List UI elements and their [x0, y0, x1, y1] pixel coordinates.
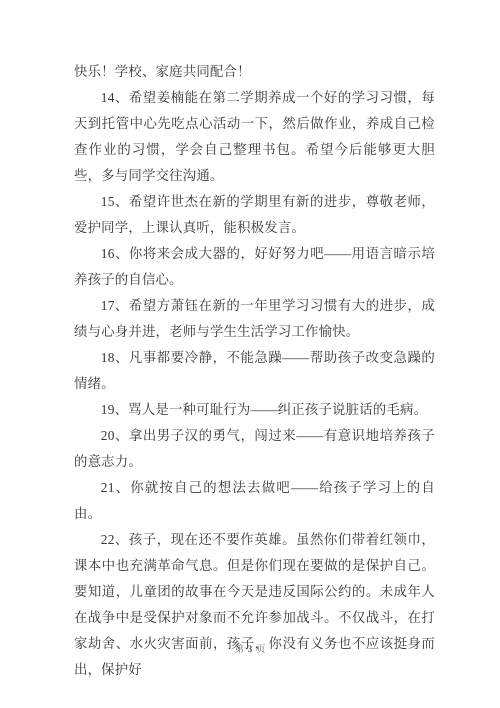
paragraph-item-22: 22、孩子，现在还不要作英雄。虽然你们带着红领巾，课本中也充满革命气息。但是你们…	[74, 527, 435, 683]
paragraph-item-21: 21、你就按自己的想法去做吧——给孩子学习上的自由。	[74, 475, 435, 527]
page-number: 3	[248, 644, 253, 654]
page-footer-prefix: 第	[235, 644, 244, 654]
page-footer: 第3页	[0, 643, 500, 655]
page-footer-suffix: 页	[256, 644, 265, 654]
paragraph-item-18: 18、凡事都要冷静，不能急躁——帮助孩子改变急躁的情绪。	[74, 345, 435, 397]
document-page: 快乐！学校、家庭共同配合！ 14、希望姜楠能在第二学期养成一个好的学习习惯，每天…	[0, 0, 500, 708]
paragraph-item-17: 17、希望方萧钰在新的一年里学习习惯有大的进步，成绩与心身并进，老师与学生生活学…	[74, 293, 435, 345]
paragraph-item-19: 19、骂人是一种可耻行为——纠正孩子说脏话的毛病。	[74, 397, 435, 423]
paragraph-item-16: 16、你将来会成大器的，好好努力吧——用语言暗示培养孩子的自信心。	[74, 241, 435, 293]
paragraph-item-15: 15、希望许世杰在新的学期里有新的进步，尊敬老师，爱护同学，上课认真听，能积极发…	[74, 189, 435, 241]
document-body: 快乐！学校、家庭共同配合！ 14、希望姜楠能在第二学期养成一个好的学习习惯，每天…	[74, 59, 435, 683]
paragraph-item-14: 14、希望姜楠能在第二学期养成一个好的学习习惯，每天到托管中心先吃点心活动一下，…	[74, 85, 435, 189]
paragraph-item-20: 20、拿出男子汉的勇气，闯过来——有意识地培养孩子的意志力。	[74, 423, 435, 475]
paragraph-continuation: 快乐！学校、家庭共同配合！	[74, 59, 435, 85]
